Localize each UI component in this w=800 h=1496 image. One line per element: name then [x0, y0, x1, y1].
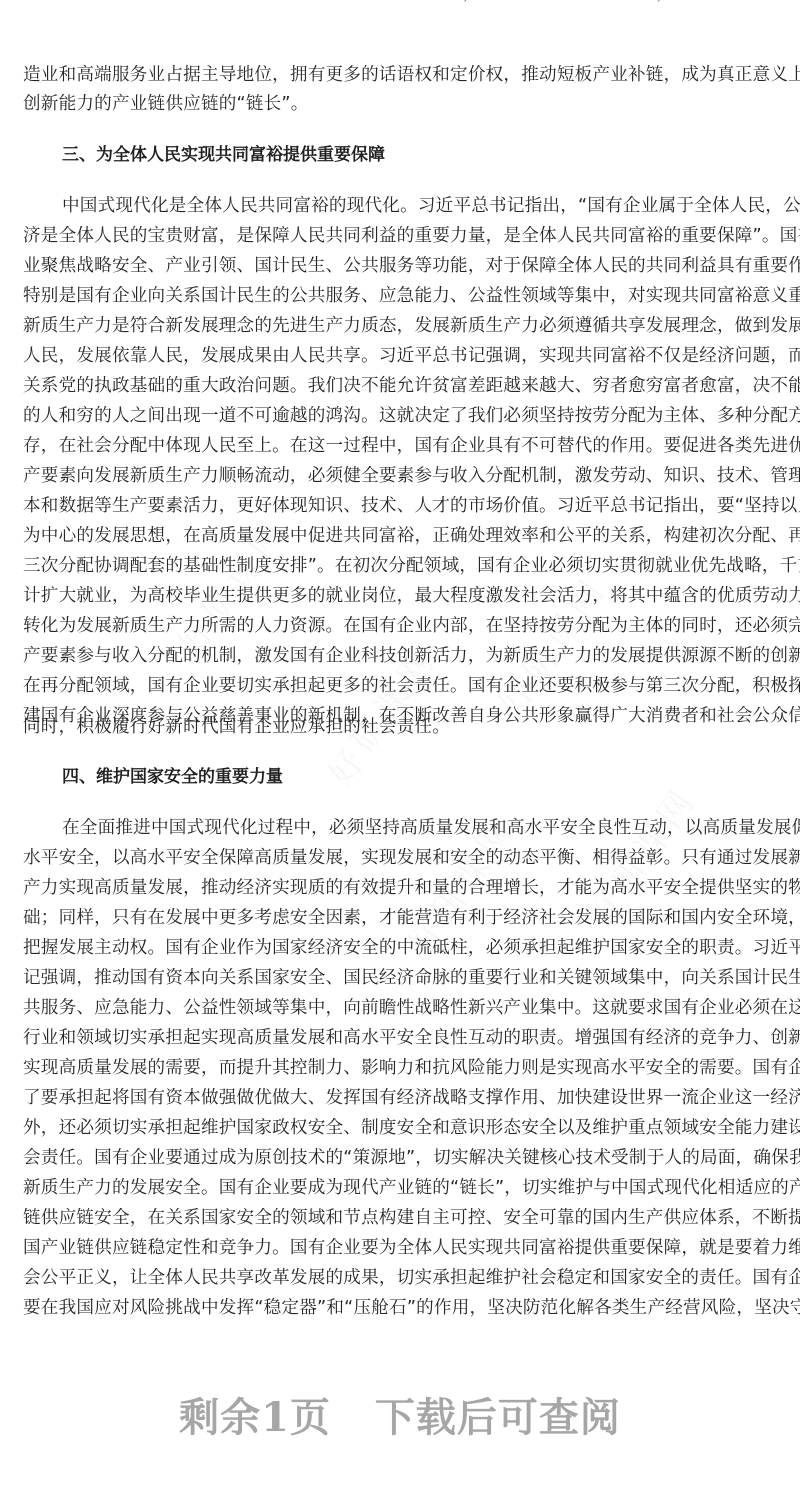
text-line: 新质生产力是符合新发展理念的先进生产力质态，发展新质生产力必须遵循共享发展理念，… [23, 311, 777, 341]
text-line: 计扩大就业，为高校毕业生提供更多的就业岗位，最大程度激发社会活力，将其中蕴含的优… [23, 581, 777, 611]
text-line: 会责任。国有企业要通过成为原创技术的“策源地”，切实解决关键核心技术受制于人的局… [23, 1143, 777, 1173]
text-line: 础；同样，只有在发展中更多考虑安全因素，才能营造有利于经济社会发展的国际和国内安… [23, 903, 777, 933]
text-line: 实现高质量发展的需要，而提升其控制力、影响力和抗风险能力则是实现高水平安全的需要… [23, 1053, 777, 1083]
text-line: 人民，发展依靠人民，发展成果由人民共享。习近平总书记强调，实现共同富裕不仅是经济… [23, 341, 777, 371]
text-line: 水平安全，以高水平安全保障高质量发展，实现发展和安全的动态平衡、相得益彰。只有通… [23, 843, 777, 873]
section-heading: 四、维护国家安全的重要力量 [62, 762, 283, 792]
section-heading: 三、为全体人民实现共同富裕提供重要保障 [62, 140, 385, 170]
text-line: 创新能力的产业链供应链的“链长”。 [23, 89, 777, 119]
text-line: 造业和高端服务业占据主导地位，拥有更多的话语权和定价权，推动短板产业补链，成为真… [23, 60, 777, 90]
text-line: 链供应链安全，在关系国家安全的领域和节点构建自主可控、安全可靠的国内生产供应体系… [23, 1203, 777, 1233]
text-line: 在全面推进中国式现代化过程中，必须坚持高质量发展和高水平安全良性互动，以高质量发… [62, 813, 777, 843]
remaining-pages-banner[interactable]: 剩余1页下载后可查阅 [0, 1392, 800, 1444]
text-line: 中国式现代化是全体人民共同富裕的现代化。习近平总书记指出，“国有企业属于全体人民… [62, 191, 777, 221]
text-line: 产要素向发展新质生产力顺畅流动，必须健全要素参与收入分配机制，激发劳动、知识、技… [23, 461, 777, 491]
text-line: 产要素参与收入分配的机制，激发国有企业科技创新活力，为新质生产力的发展提供源源不… [23, 641, 777, 671]
text-line: 为中心的发展思想，在高质量发展中促进共同富裕，正确处理效率和公平的关系，构建初次… [23, 521, 777, 551]
text-line: 关系党的执政基础的重大政治问题。我们决不能允许贫富差距越来越大、穷者愈穷富者愈富… [23, 371, 777, 401]
text-line: 新质生产力的发展安全。国有企业要成为现代产业链的“链长”，切实维护与中国式现代化… [23, 1173, 777, 1203]
text-line: 产力实现高质量发展，推动经济实现质的有效提升和量的合理增长，才能为高水平安全提供… [23, 873, 777, 903]
text-line: 把握发展主动权。国有企业作为国家经济安全的中流砥柱，必须承担起维护国家安全的职责… [23, 933, 777, 963]
cut-off-text-line: 力控制产业链的核心能力。国有企业要通过加强自主创新，积极推进补短板锻长板，产业链… [23, 0, 777, 8]
text-line: 业聚焦战略安全、产业引领、国计民生、公共服务等功能，对于保障全体人民的共同利益具… [23, 251, 777, 281]
text-line: 会公平正义，让全体人民共享改革发展的成果，切实承担起维护社会稳定和国家安全的责任… [23, 1263, 777, 1293]
text-line: 特别是国有企业向关系国计民生的公共服务、应急能力、公益性领域等集中，对实现共同富… [23, 281, 777, 311]
text-line: 了要承担起将国有资本做强做优做大、发挥国有经济战略支撑作用、加快建设世界一流企业… [23, 1083, 777, 1113]
text-line: 外，还必须切实承担起维护国家政权安全、制度安全和意识形态安全以及维护重点领域安全… [23, 1113, 777, 1143]
text-line: 转化为发展新质生产力所需的人力资源。在国有企业内部，在坚持按劳分配为主体的同时，… [23, 611, 777, 641]
text-line: 记强调，推动国有资本向关系国家安全、国民经济命脉的重要行业和关键领域集中，向关系… [23, 963, 777, 993]
text-line: 的人和穷的人之间出现一道不可逾越的鸿沟。这就决定了我们必须坚持按劳分配为主体、多… [23, 401, 777, 431]
text-line: 共服务、应急能力、公益性领域等集中，向前瞻性战略性新兴产业集中。这就要求国有企业… [23, 993, 777, 1023]
text-line: 存，在社会分配中体现人民至上。在这一过程中，国有企业具有不可替代的作用。要促进各… [23, 431, 777, 461]
document-page: 好研课网 好研课网 好研课网 好研课网 好研课网 力控制产业链的核心能力。国有企… [0, 0, 800, 1496]
text-line: 在再分配领域，国有企业要切实承担起更多的社会责任。国有企业还要积极参与第三次分配… [23, 671, 777, 701]
text-line: 济是全体人民的宝贵财富，是保障人民共同利益的重要力量，是全体人民共同富裕的重要保… [23, 221, 777, 251]
download-to-view-label: 下载后可查阅 [375, 1394, 621, 1441]
text-line: 同时，积极履行好新时代国有企业应承担的社会责任。 [23, 712, 777, 742]
text-line: 国产业链供应链稳定性和竞争力。国有企业要为全体人民实现共同富裕提供重要保障，就是… [23, 1233, 777, 1263]
text-line: 行业和领域切实承担起实现高质量发展和高水平安全良性互动的职责。增强国有经济的竞争… [23, 1023, 777, 1053]
text-line: 要在我国应对风险挑战中发挥“稳定器”和“压舱石”的作用，坚决防范化解各类生产经营… [23, 1293, 777, 1323]
text-line: 本和数据等生产要素活力，更好体现知识、技术、人才的市场价值。习近平总书记指出，要… [23, 491, 777, 521]
text-line: 三次分配协调配套的基础性制度安排”。在初次分配领域，国有企业必须切实贯彻就业优先… [23, 551, 777, 581]
remaining-pages-label: 剩余1页 [179, 1394, 331, 1441]
